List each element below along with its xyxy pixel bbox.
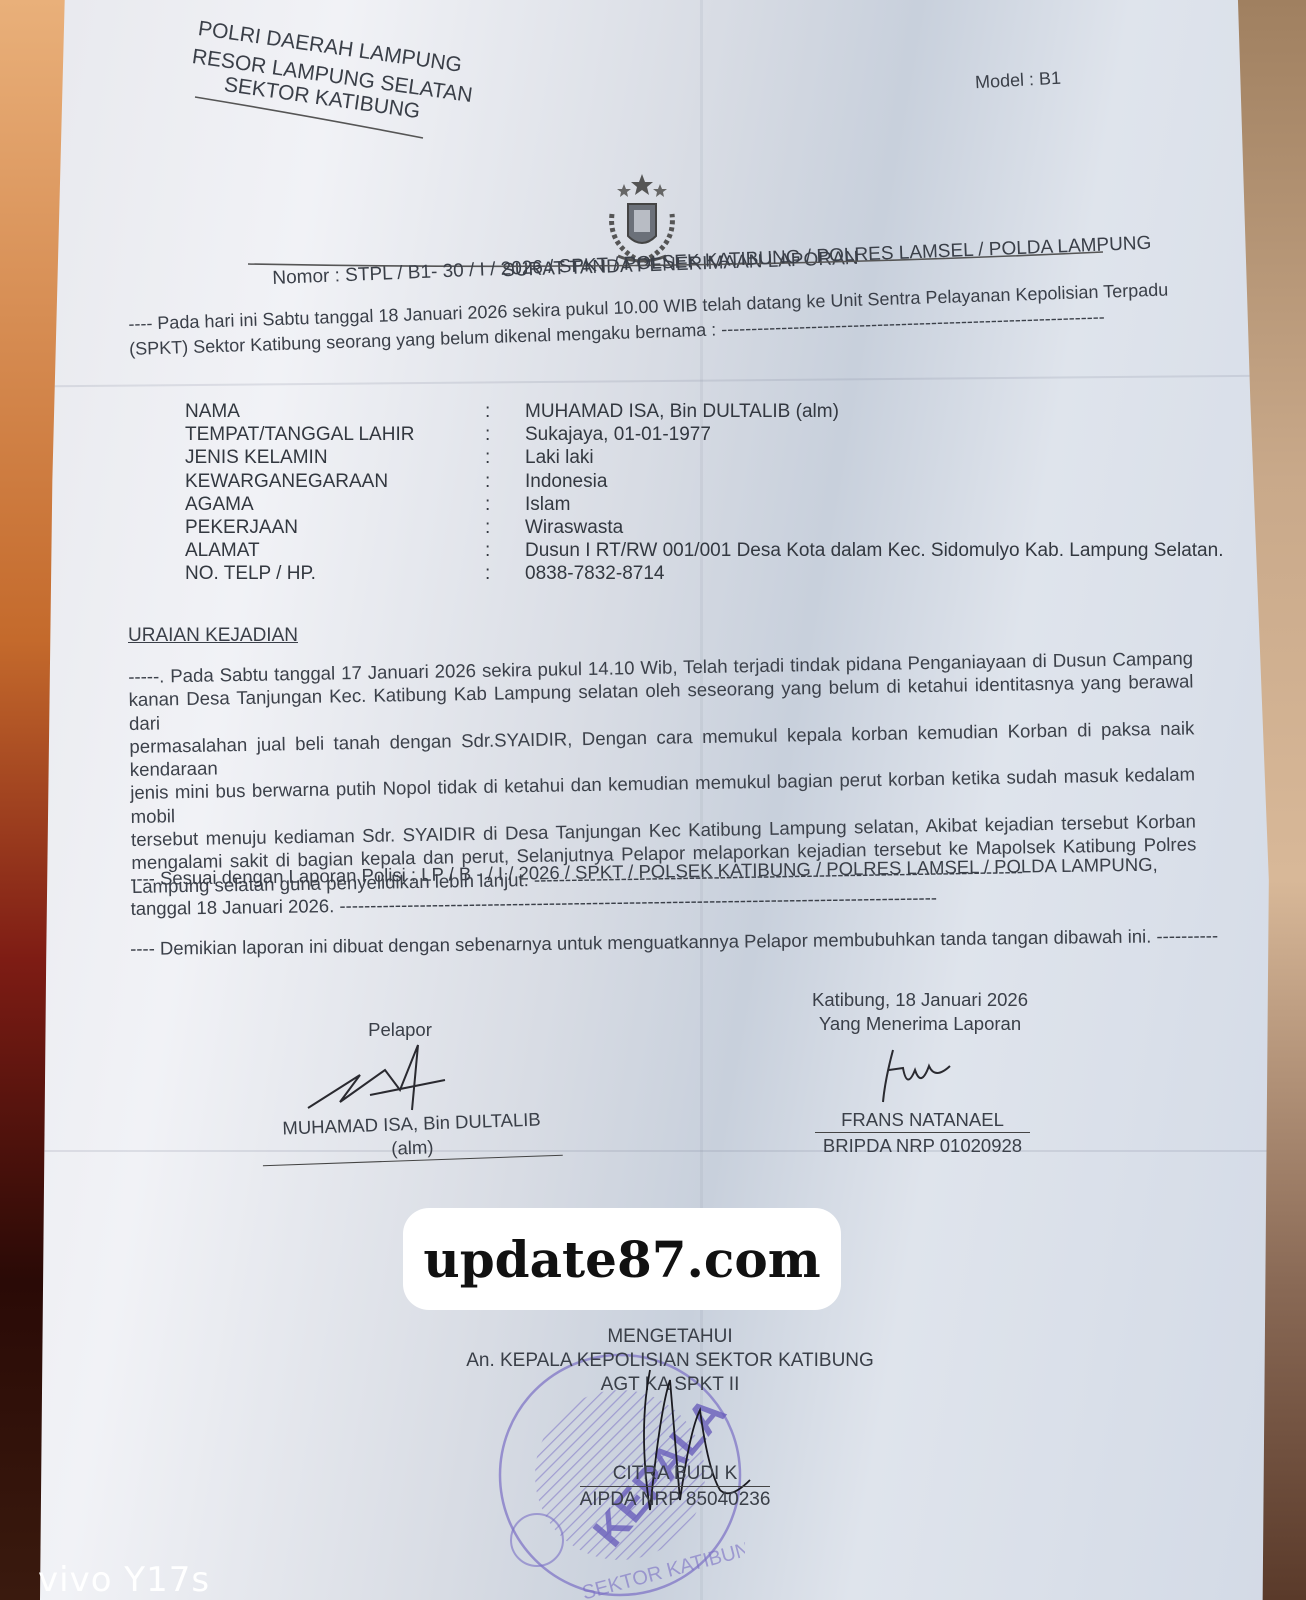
- reporter-signature: [300, 1040, 450, 1115]
- model-label: Model : B1: [975, 68, 1062, 93]
- reporter-name: MUHAMAD ISA, Bin DULTALIB (alm): [261, 1107, 563, 1166]
- section-title-uraian: URAIAN KEJADIAN: [128, 625, 298, 647]
- identity-value: 0838-7832-8714: [525, 562, 664, 585]
- receiver-signature: [875, 1040, 955, 1105]
- identity-label: NAMA: [185, 400, 485, 423]
- identity-value: Islam: [525, 493, 570, 516]
- identity-row: PEKERJAAN:Wiraswasta: [185, 516, 1223, 539]
- identity-separator: :: [485, 470, 525, 493]
- identity-value: Wiraswasta: [525, 516, 623, 539]
- identity-row: TEMPAT/TANGGAL LAHIR:Sukajaya, 01-01-197…: [185, 423, 1223, 446]
- identity-label: KEWARGANEGARAAN: [185, 470, 485, 493]
- identity-label: TEMPAT/TANGGAL LAHIR: [185, 423, 485, 446]
- receiver-name: FRANS NATANAEL: [815, 1108, 1030, 1133]
- identity-row: JENIS KELAMIN:Laki laki: [185, 446, 1223, 469]
- header-underline: [195, 95, 425, 140]
- receiver-role: Yang Menerima Laporan: [800, 1012, 1040, 1036]
- acknowledger-heading: MENGETAHUI: [460, 1325, 880, 1349]
- receiver-block: Katibung, 18 Januari 2026 Yang Menerima …: [800, 988, 1040, 1036]
- identity-row: NAMA:MUHAMAD ISA, Bin DULTALIB (alm): [185, 400, 1223, 423]
- identity-label: AGAMA: [185, 493, 485, 516]
- identity-label: JENIS KELAMIN: [185, 446, 485, 469]
- receiver-place-date: Katibung, 18 Januari 2026: [800, 988, 1040, 1012]
- identity-row: KEWARGANEGARAAN:Indonesia: [185, 470, 1223, 493]
- identity-separator: :: [485, 516, 525, 539]
- identity-value: Indonesia: [525, 470, 607, 493]
- identity-separator: :: [485, 493, 525, 516]
- identity-separator: :: [485, 400, 525, 423]
- watermark-badge: update87.com: [403, 1208, 841, 1310]
- identity-row: AGAMA:Islam: [185, 493, 1223, 516]
- acknowledger-rank-nrp: AIPDA NRP 85040236: [575, 1488, 775, 1512]
- identity-label: PEKERJAAN: [185, 516, 485, 539]
- identity-value: Sukajaya, 01-01-1977: [525, 423, 711, 446]
- identity-value: Dusun I RT/RW 001/001 Desa Kota dalam Ke…: [525, 539, 1223, 562]
- identity-value: MUHAMAD ISA, Bin DULTALIB (alm): [525, 400, 839, 423]
- identity-value: Laki laki: [525, 446, 594, 469]
- identity-row: ALAMAT:Dusun I RT/RW 001/001 Desa Kota d…: [185, 539, 1223, 562]
- identity-row: NO. TELP / HP.:0838-7832-8714: [185, 562, 1223, 585]
- camera-watermark: vivo Y17s: [38, 1560, 210, 1600]
- identity-separator: :: [485, 446, 525, 469]
- identity-label: ALAMAT: [185, 539, 485, 562]
- identity-separator: :: [485, 423, 525, 446]
- acknowledger-name: CITRA BUDI K: [580, 1462, 770, 1487]
- identity-label: NO. TELP / HP.: [185, 562, 485, 585]
- receiver-rank-nrp: BRIPDA NRP 01020928: [815, 1134, 1030, 1158]
- reporter-role: Pelapor: [360, 1018, 440, 1042]
- identity-separator: :: [485, 539, 525, 562]
- reporter-identity-table: NAMA:MUHAMAD ISA, Bin DULTALIB (alm)TEMP…: [185, 400, 1223, 586]
- identity-separator: :: [485, 562, 525, 585]
